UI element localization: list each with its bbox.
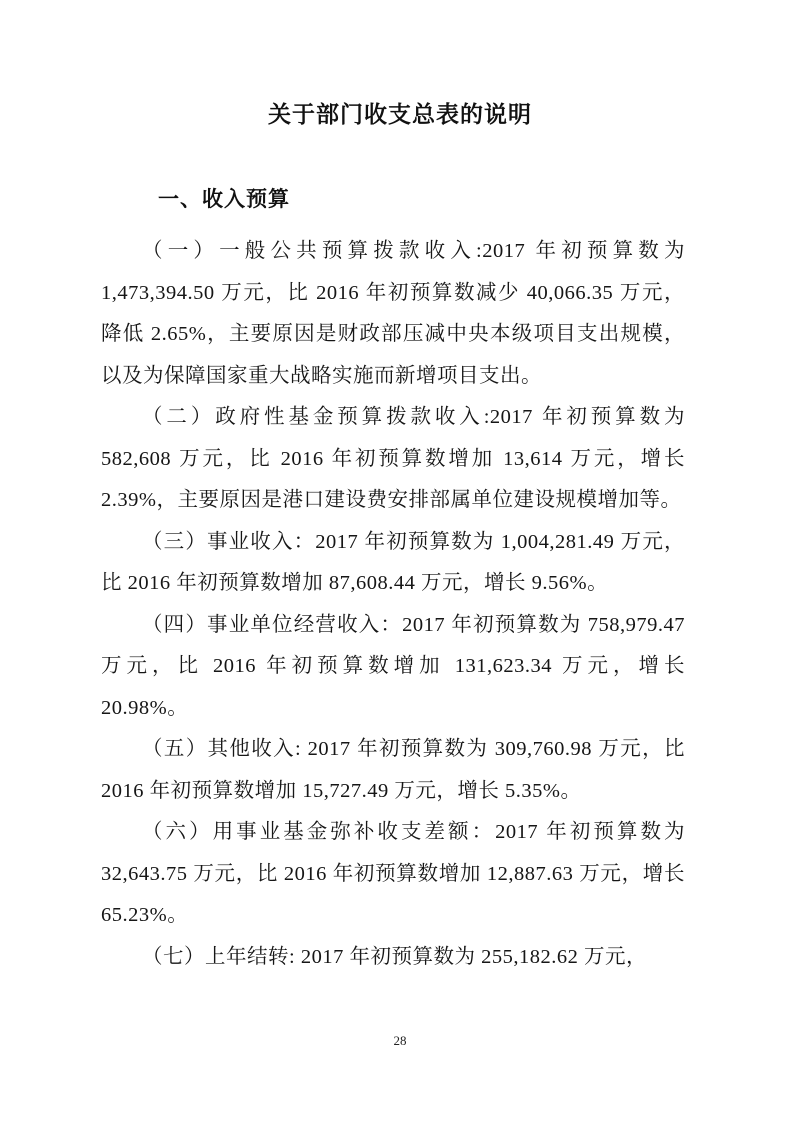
paragraph-item-1-general-public-budget: （一）一般公共预算拨款收入:2017 年初预算数为 1,473,394.50 万… [101,231,685,397]
document-page: 关于部门收支总表的说明 一、收入预算 （一）一般公共预算拨款收入:2017 年初… [0,0,800,1131]
paragraph-item-2-government-fund-budget: （二）政府性基金预算拨款收入:2017 年初预算数为 582,608 万元，比 … [101,397,685,522]
paragraph-item-4-institution-operating-income: （四）事业单位经营收入：2017 年初预算数为 758,979.47 万元，比 … [101,605,685,730]
paragraph-item-5-other-income: （五）其他收入: 2017 年初预算数为 309,760.98 万元，比 201… [101,729,685,812]
section-heading-income-budget: 一、收入预算 [101,186,685,214]
paragraph-list: （一）一般公共预算拨款收入:2017 年初预算数为 1,473,394.50 万… [101,231,685,978]
paragraph-item-7-carryover-from-previous-year: （七）上年结转: 2017 年初预算数为 255,182.62 万元， [101,937,685,979]
page-number: 28 [0,1033,800,1049]
paragraph-item-3-institution-income: （三）事业收入：2017 年初预算数为 1,004,281.49 万元，比 20… [101,522,685,605]
document-title: 关于部门收支总表的说明 [0,0,800,129]
paragraph-item-6-fund-deficit-cover: （六）用事业基金弥补收支差额：2017 年初预算数为 32,643.75 万元，… [101,812,685,937]
document-body: 一、收入预算 （一）一般公共预算拨款收入:2017 年初预算数为 1,473,3… [101,186,685,978]
